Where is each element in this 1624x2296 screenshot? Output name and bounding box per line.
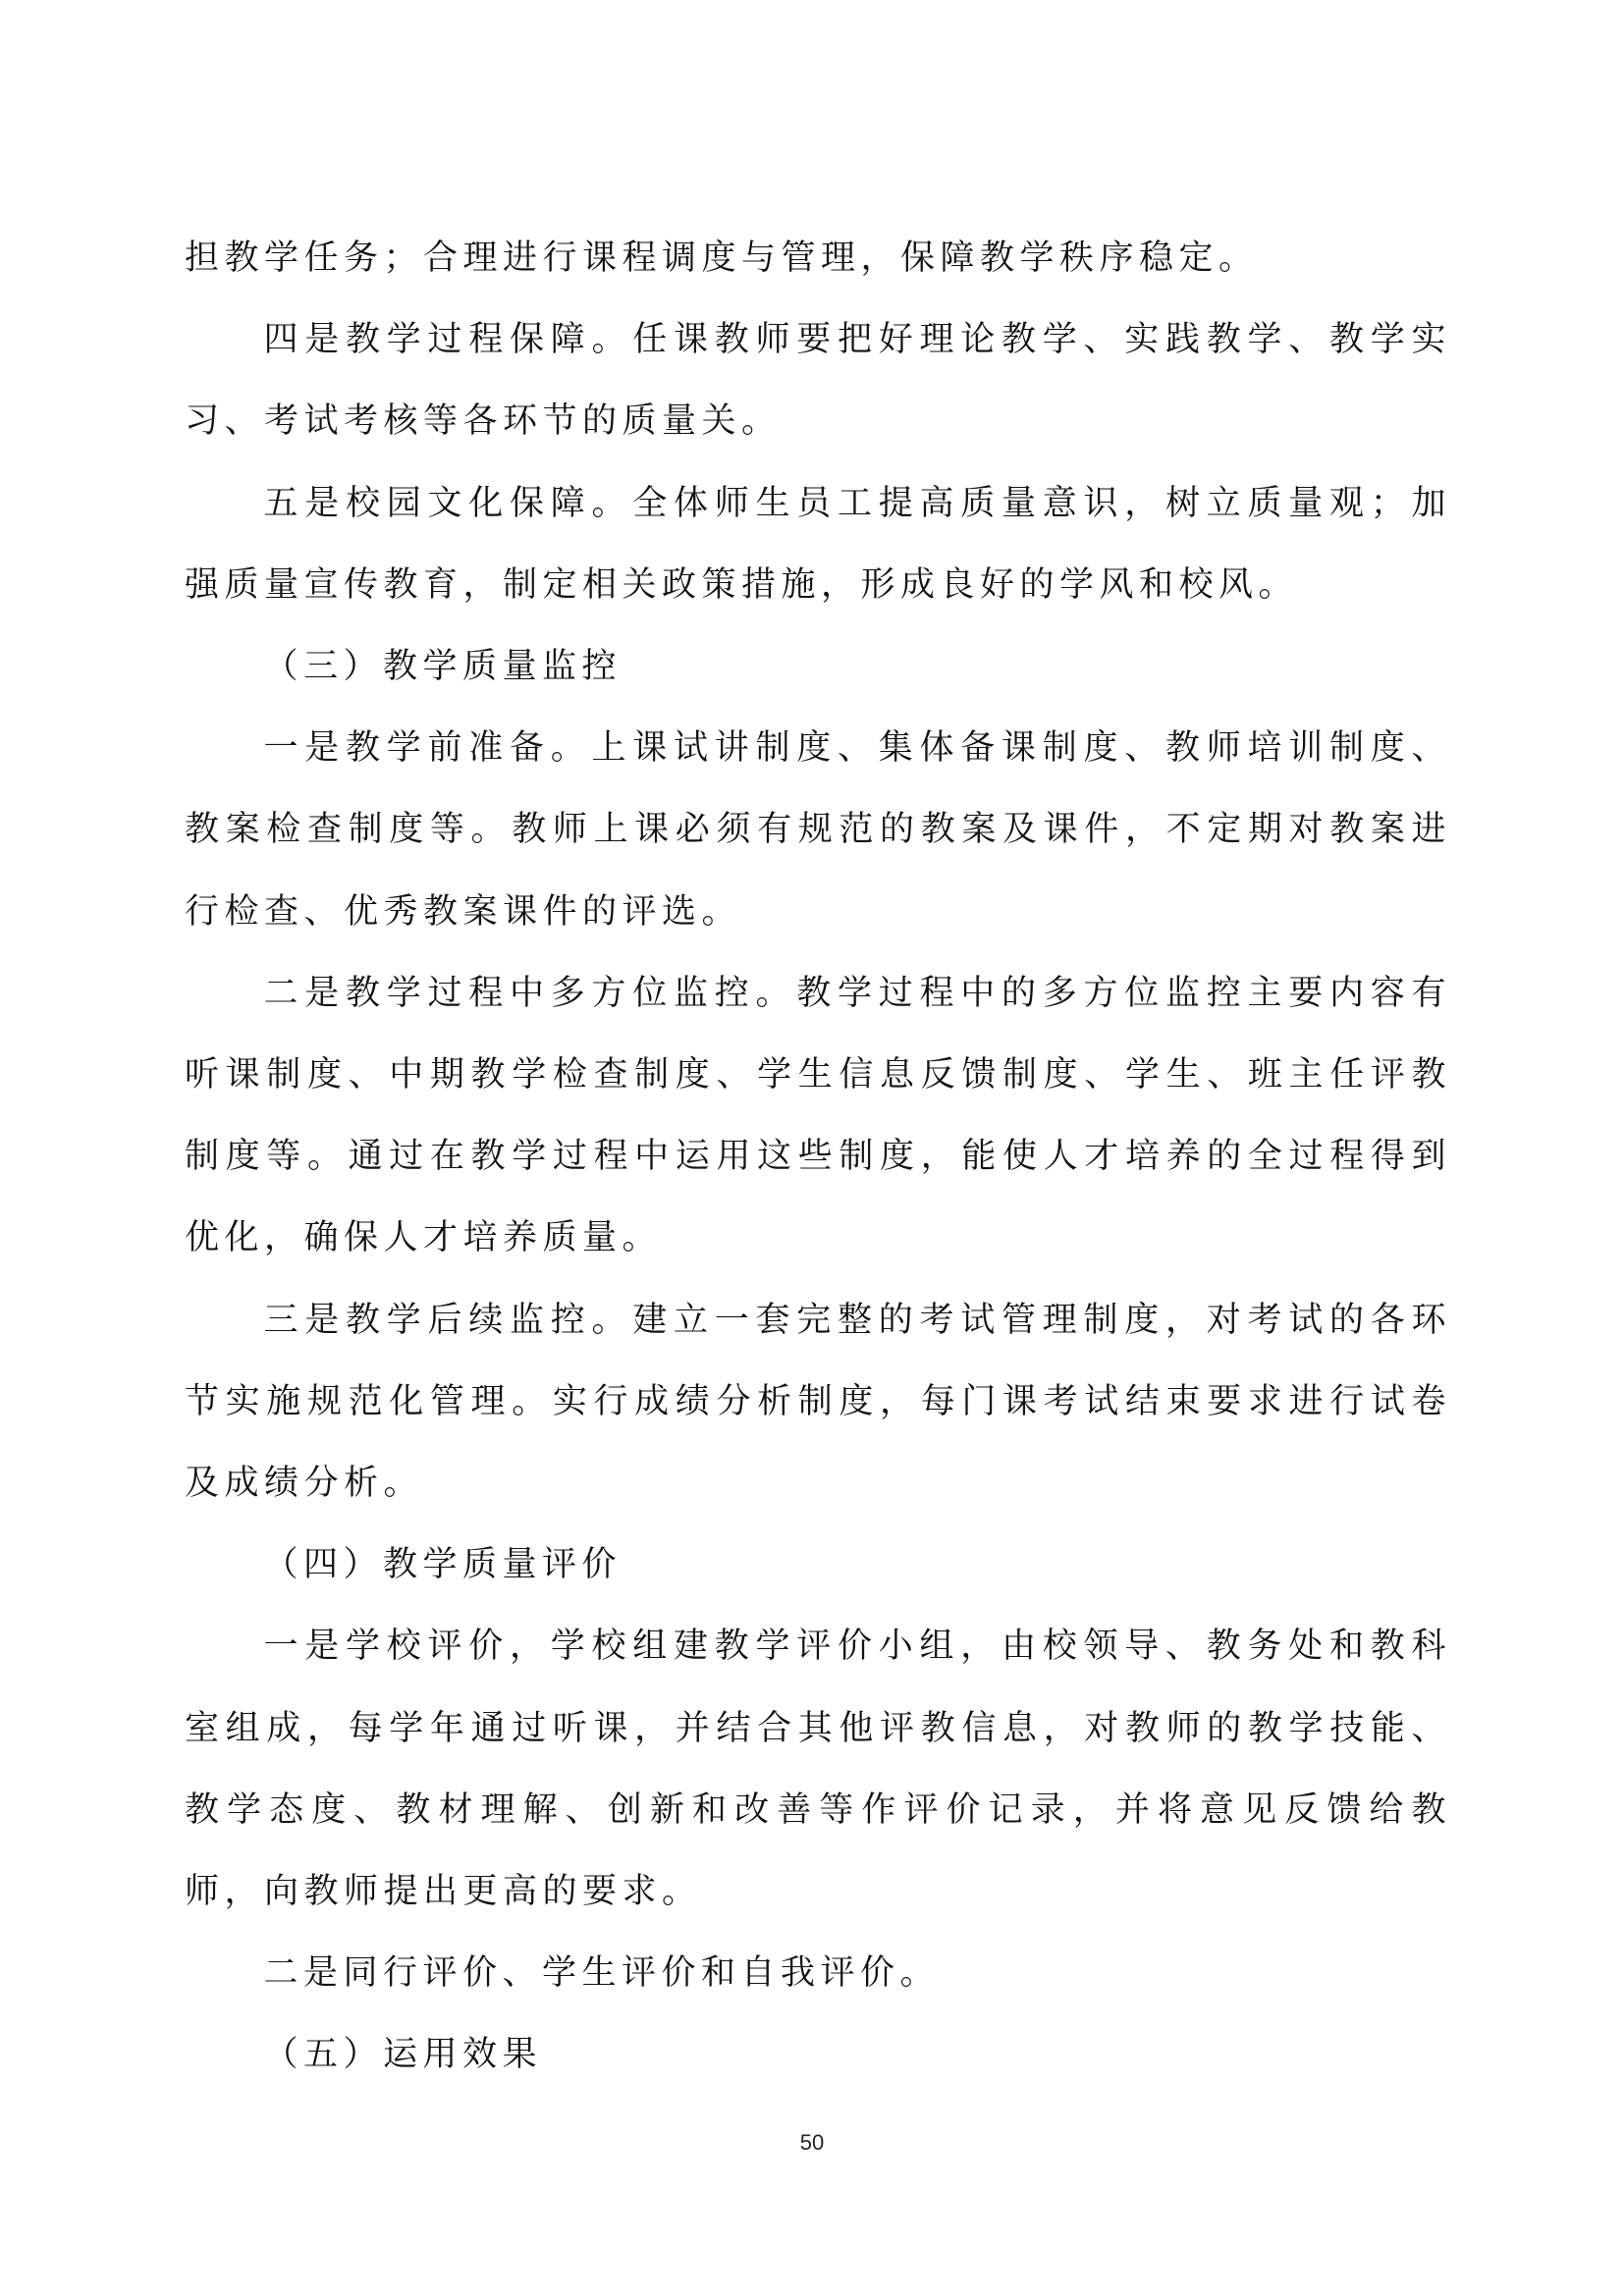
page-body: 担教学任务；合理进行课程调度与管理，保障教学秩序稳定。 四是教学过程保障。任课教… — [185, 218, 1451, 2097]
paragraph-teaching-process-guarantee: 四是教学过程保障。任课教师要把好理论教学、实践教学、教学实习、考试考核等各环节的… — [185, 299, 1451, 462]
paragraph-school-evaluation: 一是学校评价，学校组建教学评价小组，由校领导、教务处和教科室组成，每学年通过听课… — [185, 1606, 1451, 1933]
paragraph-post-teaching-monitoring: 三是教学后续监控。建立一套完整的考试管理制度，对考试的各环节实施规范化管理。实行… — [185, 1280, 1451, 1525]
paragraph-peer-student-self-evaluation: 二是同行评价、学生评价和自我评价。 — [185, 1933, 1451, 2014]
section-heading-application-effect: （五）运用效果 — [185, 2014, 1451, 2096]
document-page: 担教学任务；合理进行课程调度与管理，保障教学秩序稳定。 四是教学过程保障。任课教… — [0, 0, 1624, 2296]
paragraph-continuation: 担教学任务；合理进行课程调度与管理，保障教学秩序稳定。 — [185, 218, 1451, 299]
section-heading-quality-monitoring: （三）教学质量监控 — [185, 626, 1451, 708]
section-heading-quality-evaluation: （四）教学质量评价 — [185, 1524, 1451, 1606]
page-number: 50 — [0, 2130, 1624, 2156]
paragraph-in-process-monitoring: 二是教学过程中多方位监控。教学过程中的多方位监控主要内容有听课制度、中期教学检查… — [185, 953, 1451, 1280]
paragraph-campus-culture-guarantee: 五是校园文化保障。全体师生员工提高质量意识，树立质量观；加强质量宣传教育，制定相… — [185, 463, 1451, 626]
paragraph-pre-teaching-preparation: 一是教学前准备。上课试讲制度、集体备课制度、教师培训制度、教案检查制度等。教师上… — [185, 708, 1451, 953]
